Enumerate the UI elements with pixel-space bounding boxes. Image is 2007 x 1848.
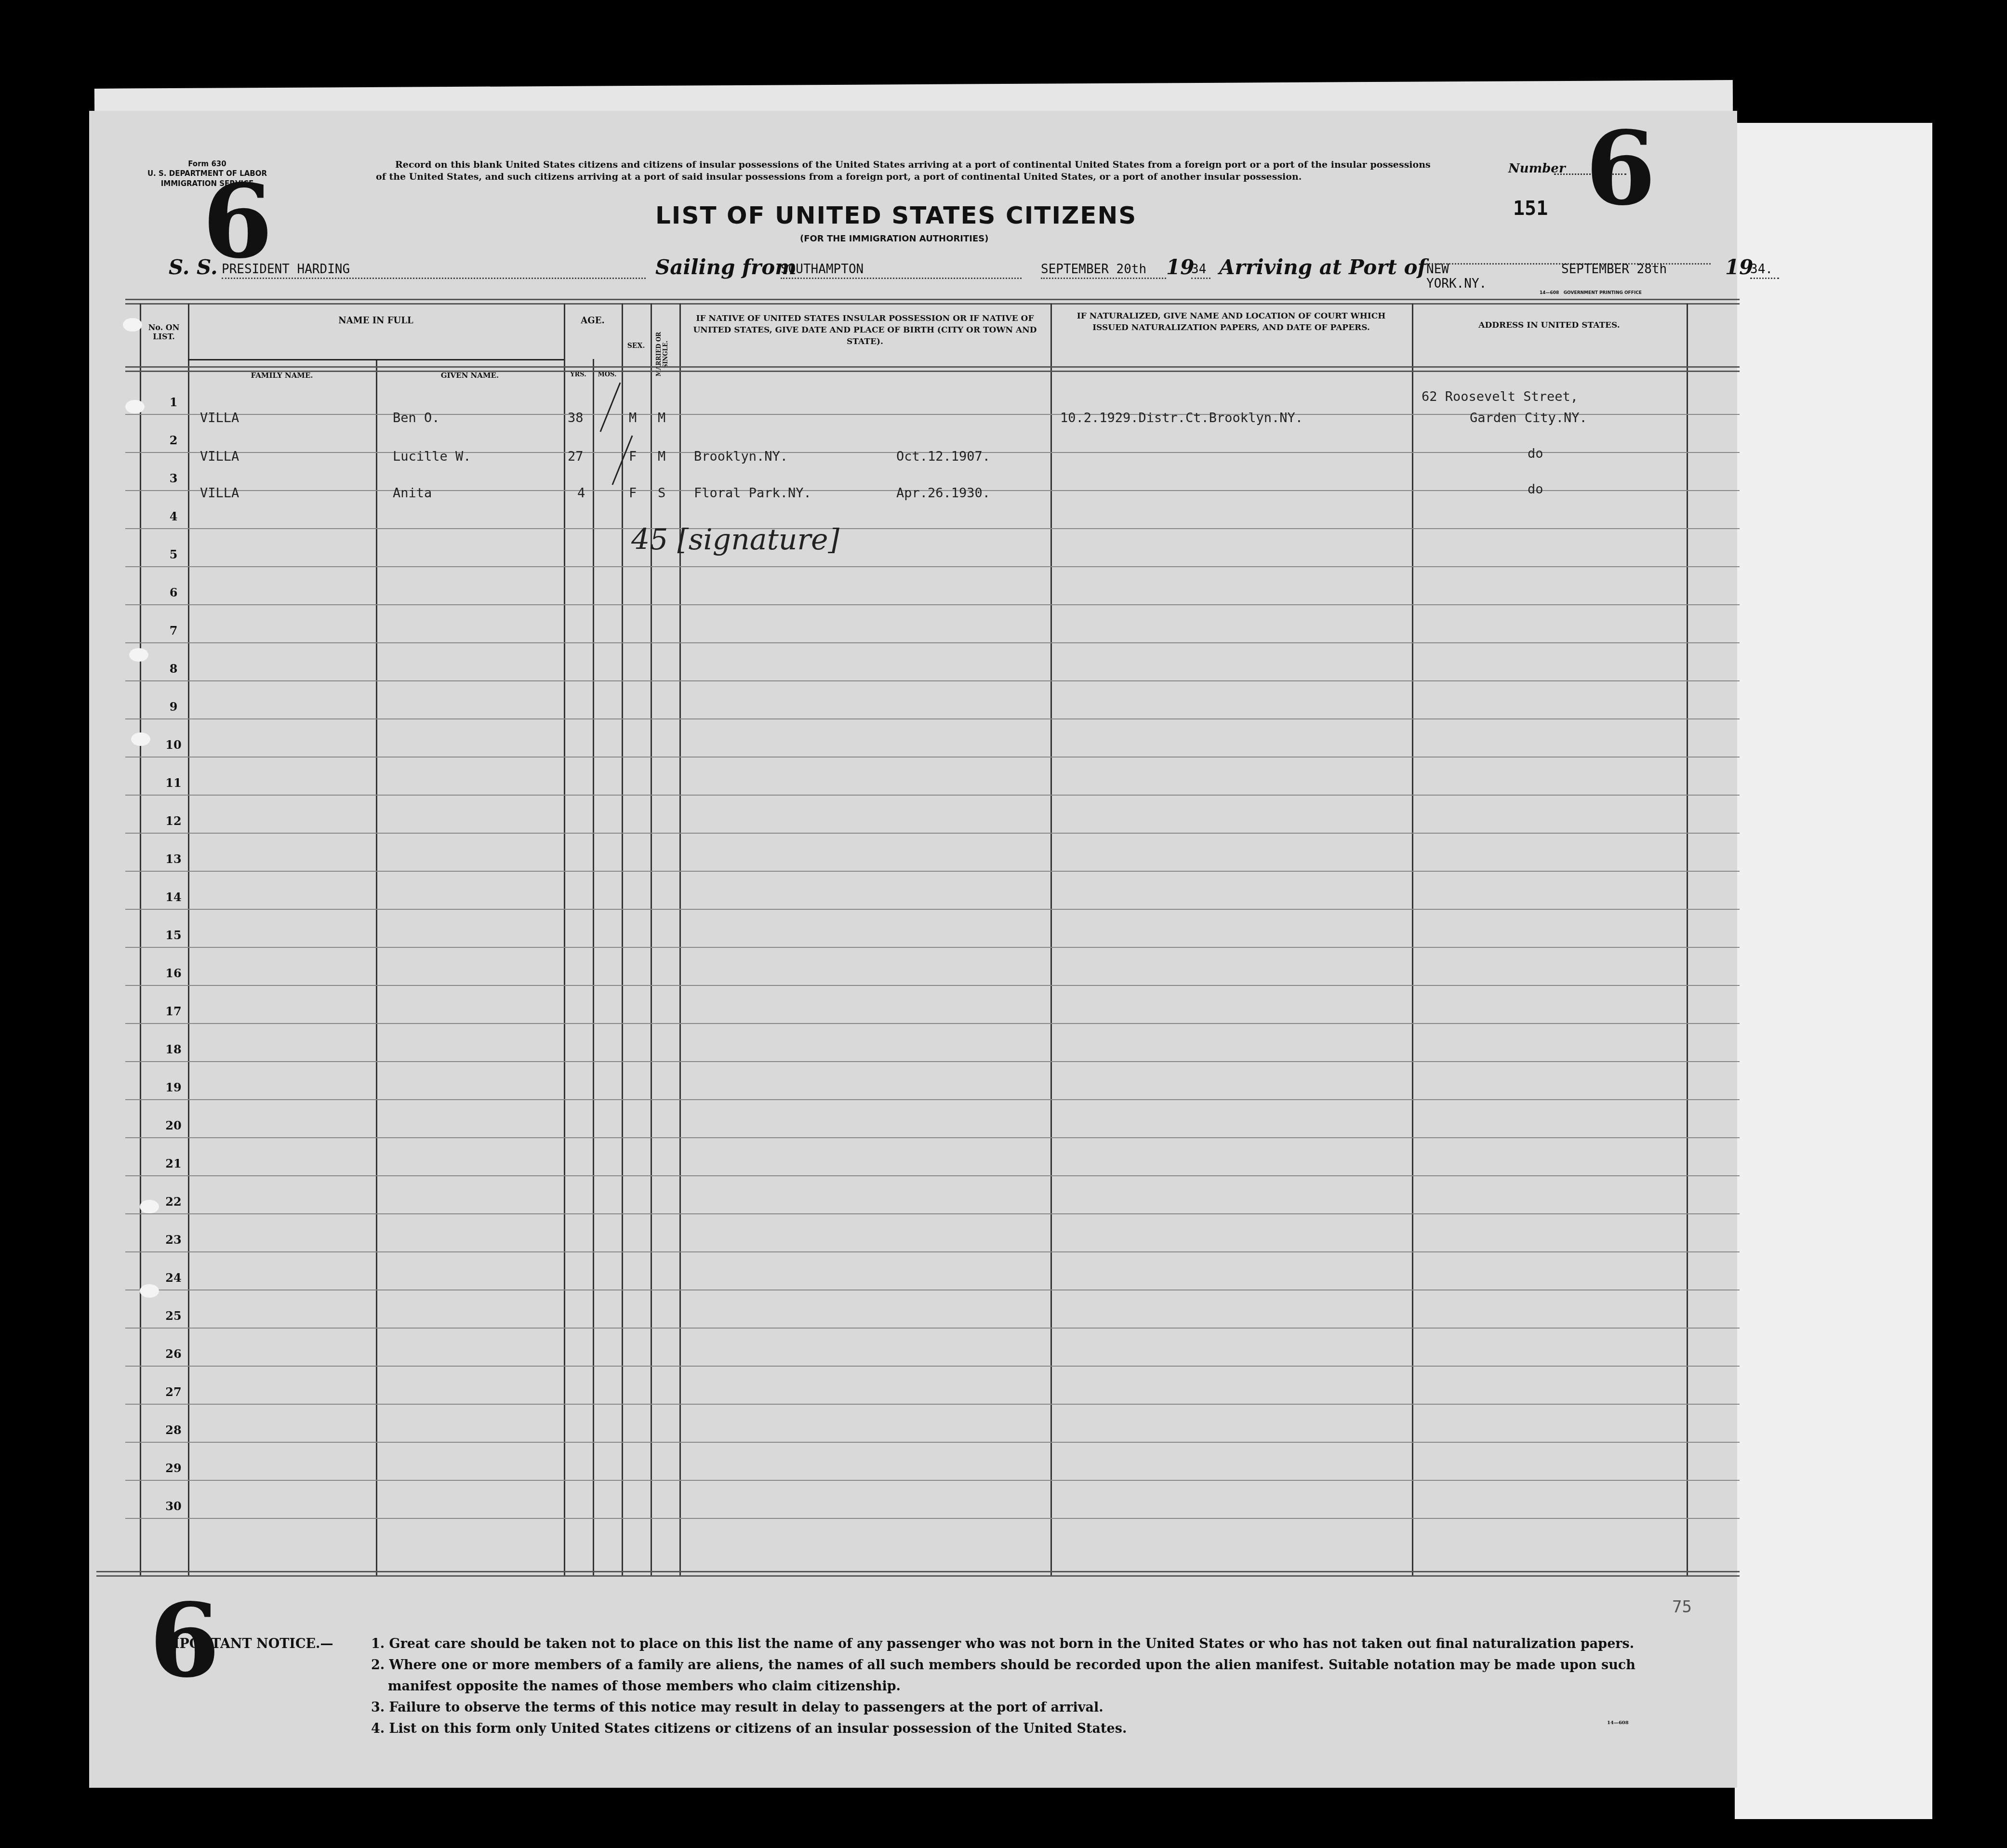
handwritten-signature: 45 [signature] bbox=[631, 523, 839, 557]
row-number: 22 bbox=[154, 1195, 193, 1209]
header-name-in-full: NAME IN FULL bbox=[188, 316, 564, 326]
page-number: 75 bbox=[1672, 1597, 1692, 1617]
notice-item-4: 4. List on this form only United States … bbox=[371, 1718, 1127, 1740]
notice-item-2: 2. Where one or more members of a family… bbox=[371, 1655, 1635, 1676]
notice-item-3: 3. Failure to observe the terms of this … bbox=[371, 1697, 1103, 1718]
row-line bbox=[125, 757, 1740, 758]
ship-name: PRESIDENT HARDING bbox=[222, 262, 646, 279]
row-number: 16 bbox=[154, 966, 193, 980]
col-divider bbox=[564, 304, 565, 1576]
form-instructions: Record on this blank United States citiz… bbox=[376, 159, 1436, 183]
row-line bbox=[125, 566, 1740, 567]
row-number: 19 bbox=[154, 1080, 193, 1094]
row-number: 7 bbox=[154, 624, 193, 638]
row-line bbox=[125, 1061, 1740, 1062]
row-number: 28 bbox=[154, 1423, 193, 1437]
address-line1-cell: 62 Roosevelt Street, bbox=[1422, 389, 1578, 404]
punch-hole bbox=[125, 400, 145, 413]
header-age: AGE. bbox=[564, 316, 622, 326]
row-line bbox=[125, 1366, 1740, 1367]
row-number: 27 bbox=[154, 1385, 193, 1399]
col-divider bbox=[1050, 304, 1052, 1576]
row-number: 9 bbox=[154, 700, 193, 714]
family-name-cell: VILLA bbox=[200, 411, 239, 425]
age-years-cell: 27 bbox=[568, 449, 584, 464]
row-line bbox=[125, 642, 1740, 643]
birth-place-cell: Brooklyn.NY. bbox=[694, 449, 788, 464]
row-line bbox=[125, 1290, 1740, 1290]
header-birth: IF NATIVE OF UNITED STATES INSULAR POSSE… bbox=[689, 313, 1041, 347]
row-line bbox=[125, 1137, 1740, 1138]
header-no: No. ON LIST. bbox=[140, 323, 188, 341]
sex-cell: F bbox=[629, 449, 637, 464]
adjacent-page bbox=[1735, 123, 1932, 1819]
col-divider bbox=[376, 359, 377, 1576]
row-number: 4 bbox=[154, 509, 193, 523]
printer-code: 14—608 GOVERNMENT PRINTING OFFICE bbox=[1540, 291, 1642, 295]
row-line bbox=[125, 1251, 1740, 1252]
arrival-year-prefix: 19 bbox=[1725, 255, 1753, 279]
address-cell: do bbox=[1528, 482, 1543, 497]
notice-item-1: 1. Great care should be taken not to pla… bbox=[371, 1634, 1634, 1655]
marital-cell: S bbox=[658, 486, 665, 501]
col-divider bbox=[651, 304, 652, 1576]
row-number: 12 bbox=[154, 814, 193, 828]
row-number: 2 bbox=[154, 433, 193, 447]
row-number: 25 bbox=[154, 1309, 193, 1323]
header-naturalized: IF NATURALIZED, GIVE NAME AND LOCATION O… bbox=[1060, 311, 1402, 334]
row-number: 3 bbox=[154, 471, 193, 485]
punch-hole bbox=[131, 732, 150, 746]
row-line bbox=[125, 528, 1740, 529]
family-name-cell: VILLA bbox=[200, 449, 239, 464]
row-line bbox=[125, 909, 1740, 910]
form-code: 14—608 bbox=[1607, 1720, 1629, 1726]
sailing-label: Sailing from bbox=[655, 255, 797, 279]
passenger-table: No. ON LIST. NAME IN FULL FAMILY NAME. G… bbox=[125, 304, 1740, 1576]
row-number: 11 bbox=[154, 776, 193, 790]
row-line bbox=[125, 1518, 1740, 1519]
col-divider bbox=[622, 304, 623, 1576]
row-number: 8 bbox=[154, 662, 193, 676]
marital-cell: M bbox=[658, 411, 665, 425]
row-number: 29 bbox=[154, 1461, 193, 1475]
punch-hole bbox=[129, 648, 148, 662]
arrival-port: NEW YORK.NY. bbox=[1426, 262, 1513, 292]
header-family-name: FAMILY NAME. bbox=[188, 371, 376, 380]
row-line bbox=[125, 871, 1740, 872]
row-line bbox=[125, 1213, 1740, 1214]
naturalization-cell: 10.2.1929.Distr.Ct.Brooklyn.NY. bbox=[1060, 411, 1303, 425]
row-line bbox=[125, 795, 1740, 796]
punch-hole bbox=[140, 1284, 159, 1298]
page-subtitle: (FOR THE IMMIGRATION AUTHORITIES) bbox=[800, 234, 989, 244]
page-title: LIST OF UNITED STATES CITIZENS bbox=[655, 201, 1137, 229]
notice-heading: IMPORTANT NOTICE.— bbox=[159, 1634, 333, 1655]
row-number: 5 bbox=[154, 547, 193, 561]
row-number: 10 bbox=[154, 738, 193, 752]
header-sex: SEX. bbox=[622, 342, 651, 350]
row-line bbox=[125, 1404, 1740, 1405]
age-years-cell: 38 bbox=[568, 411, 584, 425]
row-line bbox=[125, 604, 1740, 605]
name-header-rule bbox=[188, 359, 564, 360]
row-line bbox=[125, 985, 1740, 986]
col-divider bbox=[679, 304, 681, 1576]
row-number: 24 bbox=[154, 1271, 193, 1285]
sailing-port: SOUTHAMPTON bbox=[781, 262, 1022, 279]
row-number: 18 bbox=[154, 1042, 193, 1056]
row-line bbox=[125, 718, 1740, 719]
sex-cell: F bbox=[629, 486, 637, 501]
row-line bbox=[125, 1442, 1740, 1443]
row-line bbox=[125, 1328, 1740, 1329]
marital-cell: M bbox=[658, 449, 665, 464]
row-number: 15 bbox=[154, 928, 193, 942]
arrival-date: SEPTEMBER 28th bbox=[1561, 262, 1667, 278]
notice-item-2-cont: manifest opposite the names of those mem… bbox=[388, 1676, 901, 1697]
arriving-label: Arriving at Port of bbox=[1219, 255, 1426, 279]
row-line bbox=[125, 680, 1740, 681]
row-line bbox=[125, 1023, 1740, 1024]
age-years-cell: 4 bbox=[577, 486, 585, 501]
sheet-marker-top-right: 6 bbox=[1585, 118, 1656, 219]
punch-hole bbox=[140, 1200, 159, 1213]
row-line bbox=[125, 1099, 1740, 1100]
header-given-name: GIVEN NAME. bbox=[376, 371, 564, 380]
sex-cell: M bbox=[629, 411, 637, 425]
sailing-year-prefix: 19 bbox=[1166, 255, 1194, 279]
check-mark bbox=[600, 382, 621, 432]
row-line bbox=[125, 947, 1740, 948]
row-number: 17 bbox=[154, 1004, 193, 1018]
header-bottom-rule bbox=[125, 366, 1740, 372]
row-line bbox=[125, 1175, 1740, 1176]
given-name-cell: Lucille W. bbox=[393, 449, 471, 464]
header-mos: MOS. bbox=[593, 371, 622, 378]
col-divider bbox=[1412, 304, 1413, 1576]
table-bottom-rule bbox=[96, 1571, 1740, 1577]
row-number: 26 bbox=[154, 1347, 193, 1361]
row-number: 6 bbox=[154, 585, 193, 599]
address-line2-cell: Garden City.NY. bbox=[1470, 411, 1587, 425]
col-divider bbox=[140, 304, 141, 1576]
row-line bbox=[125, 833, 1740, 834]
arrival-year: 34. bbox=[1750, 262, 1779, 279]
header-address: ADDRESS IN UNITED STATES. bbox=[1422, 320, 1677, 330]
row-number: 1 bbox=[154, 395, 193, 409]
given-name-cell: Ben O. bbox=[393, 411, 440, 425]
given-name-cell: Anita bbox=[393, 486, 432, 501]
sailing-year: 34 bbox=[1191, 262, 1210, 279]
birth-date-cell: Oct.12.1907. bbox=[896, 449, 990, 464]
row-line bbox=[125, 1480, 1740, 1481]
col-divider bbox=[1687, 304, 1688, 1576]
header-yrs: YRS. bbox=[564, 371, 593, 378]
header-married: MARRIED OR SINGLE. bbox=[655, 318, 675, 390]
list-number: 151 bbox=[1513, 198, 1548, 220]
birth-date-cell: Apr.26.1930. bbox=[896, 486, 990, 501]
address-cell: do bbox=[1528, 446, 1543, 461]
row-number: 21 bbox=[154, 1157, 193, 1170]
sailing-date: SEPTEMBER 20th bbox=[1041, 262, 1166, 279]
row-number: 30 bbox=[154, 1499, 193, 1513]
row-number: 23 bbox=[154, 1233, 193, 1247]
col-divider bbox=[593, 359, 594, 1576]
voyage-line: S. S. PRESIDENT HARDING Sailing from SOU… bbox=[135, 255, 1749, 284]
family-name-cell: VILLA bbox=[200, 486, 239, 501]
punch-hole bbox=[123, 318, 142, 332]
row-number: 20 bbox=[154, 1118, 193, 1132]
row-number: 13 bbox=[154, 852, 193, 866]
birth-place-cell: Floral Park.NY. bbox=[694, 486, 811, 501]
row-number: 14 bbox=[154, 890, 193, 904]
ss-label: S. S. bbox=[169, 255, 218, 279]
